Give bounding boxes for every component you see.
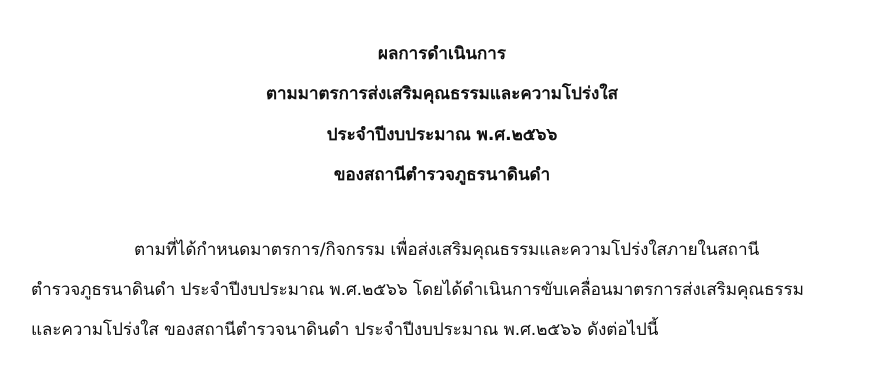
- document-title-block: ผลการดำเนินการ ตามมาตรการส่งเสริมคุณธรรม…: [0, 34, 884, 195]
- title-line-subject: ตามมาตรการส่งเสริมคุณธรรมและความโปร่งใส: [0, 74, 884, 114]
- intro-paragraph: ตามที่ได้กำหนดมาตรการ/กิจกรรม เพื่อส่งเส…: [31, 230, 861, 350]
- paragraph-line: ตามที่ได้กำหนดมาตรการ/กิจกรรม เพื่อส่งเส…: [31, 230, 861, 270]
- title-line-heading: ผลการดำเนินการ: [0, 34, 884, 74]
- title-line-fiscal-year: ประจำปีงบประมาณ พ.ศ.๒๕๖๖: [0, 115, 884, 155]
- paragraph-line: และความโปร่งใส ของสถานีตำรวจนาดินดำ ประจ…: [31, 310, 861, 350]
- title-line-organization: ของสถานีตำรวจภูธรนาดินดำ: [0, 155, 884, 195]
- paragraph-line: ตำรวจภูธรนาดินดำ ประจำปีงบประมาณ พ.ศ.๒๕๖…: [31, 270, 861, 310]
